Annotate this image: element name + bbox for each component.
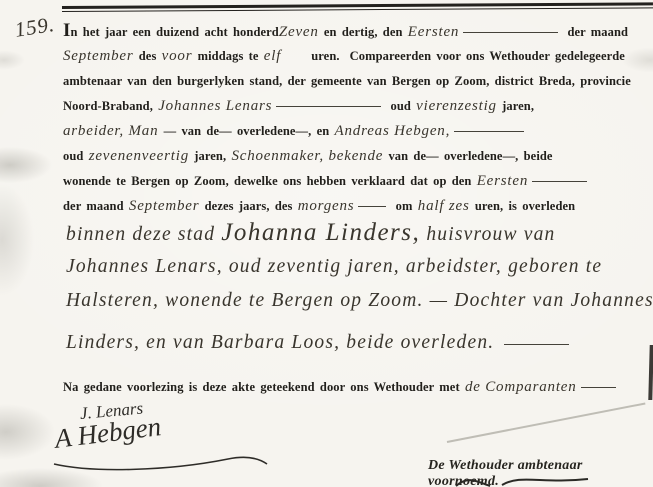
- text-line: September des voor middags te elfuren.Co…: [63, 43, 651, 68]
- text-line: Linders, en van Barbara Loos, beide over…: [66, 326, 652, 360]
- page-edge-mark: [648, 345, 653, 400]
- handwritten-text: morgens: [298, 198, 355, 214]
- blank-space: [340, 59, 350, 60]
- scanned-death-certificate: 159. In het jaar een duizend acht honder…: [0, 0, 653, 487]
- text-line: oud zevenenveertig jaren, Schoenmaker, b…: [63, 143, 651, 168]
- partial-signature-stroke: [450, 473, 595, 487]
- handwritten-text: Zeven: [279, 24, 319, 40]
- printed-text: uren.: [311, 49, 339, 63]
- printed-text: Na gedane voorlezing is deze akte geteek…: [63, 380, 465, 394]
- printed-text: der maand: [63, 199, 129, 213]
- printed-text: jaren,: [497, 99, 534, 113]
- handwritten-text: September: [129, 198, 200, 214]
- handwritten-dash: [463, 29, 558, 33]
- printed-text: der maand: [562, 25, 628, 39]
- handwritten-text: Eersten: [408, 24, 459, 40]
- text-line: der maand September dezes jaars, des mor…: [63, 193, 651, 218]
- text-line: Halsteren, wonende te Bergen op Zoom. — …: [66, 284, 652, 318]
- handwritten-dash: [581, 384, 616, 388]
- signature-flourish-stroke: [48, 450, 273, 474]
- printed-text: des: [134, 49, 162, 63]
- handwritten-text: arbeider, Man: [63, 123, 158, 139]
- blank-space: [281, 59, 311, 60]
- handwritten-text: Johannes Lenars, oud zeventig jaren, arb…: [66, 256, 602, 277]
- text-line: wonende te Bergen op Zoom, dewelke ons h…: [63, 168, 651, 193]
- printed-text: uren, is overleden: [470, 199, 576, 213]
- handwritten-text: Johannes Lenars: [158, 98, 272, 114]
- text-line: Na gedane voorlezing is deze akte geteek…: [63, 376, 620, 398]
- printed-text: In het jaar een duizend acht honderd: [63, 18, 279, 45]
- handwritten-text: half zes: [418, 198, 470, 214]
- handwritten-text: Linders, en van Barbara Loos, beide over…: [66, 332, 500, 353]
- handwritten-text: voor: [162, 48, 193, 64]
- handwritten-dash: [276, 103, 381, 107]
- deceased-entry-handwritten: binnen deze stad Johanna Linders, huisvr…: [66, 216, 652, 360]
- text-line: In het jaar een duizend acht honderd Zev…: [63, 18, 651, 43]
- text-line: Noord-Braband, Johannes Lenars oud viere…: [63, 93, 651, 118]
- handwritten-text: Schoenmaker, bekende: [231, 148, 383, 164]
- handwritten-text: zevenenveertig: [89, 148, 189, 164]
- handwritten-text: elf: [264, 48, 281, 64]
- printed-text: — van de— overledene—, en: [158, 124, 334, 138]
- printed-text: dezes jaars, des: [199, 199, 297, 213]
- handwritten-text: Eersten: [477, 173, 528, 189]
- printed-text: wonende te Bergen op Zoom, dewelke ons h…: [63, 174, 477, 188]
- handwritten-text: Johanna Linders,: [221, 219, 420, 246]
- printed-text: en dertig, den: [319, 25, 408, 39]
- printed-text: ambtenaar van den burgerlyken stand, der…: [63, 74, 631, 88]
- printed-text: oud: [63, 149, 89, 163]
- registration-number: 159.: [13, 12, 56, 43]
- closing-statement: Na gedane voorlezing is deze akte geteek…: [63, 376, 620, 398]
- handwritten-dash: [532, 178, 587, 182]
- printed-text: om: [390, 199, 417, 213]
- printed-text: Compareerden voor ons Wethouder gedelege…: [350, 49, 625, 63]
- top-double-rule: [62, 2, 653, 12]
- handwritten-dash: [504, 341, 569, 345]
- handwritten-text: vierenzestig: [416, 98, 497, 114]
- handwritten-text: huisvrouw van: [420, 224, 555, 245]
- signature-a-hebgen: A Hebgen: [53, 411, 163, 455]
- handwritten-dash: [358, 203, 386, 207]
- printed-text: van de— overledene—, beide: [383, 149, 552, 163]
- printed-text: oud: [385, 99, 416, 113]
- handwritten-text: Halsteren, wonende te Bergen op Zoom. — …: [66, 290, 653, 311]
- handwritten-dash: [454, 128, 524, 132]
- handwritten-text: Andreas Hebgen,: [335, 123, 451, 139]
- text-line: Johannes Lenars, oud zeventig jaren, arb…: [66, 250, 652, 284]
- printed-text: middags te: [192, 49, 263, 63]
- handwritten-text: binnen deze stad: [66, 224, 221, 245]
- act-printed-body: In het jaar een duizend acht honderd Zev…: [63, 18, 651, 218]
- text-line: binnen deze stad Johanna Linders, huisvr…: [66, 216, 652, 250]
- text-line: arbeider, Man — van de— overledene—, en …: [63, 118, 651, 143]
- printed-text: Noord-Braband,: [63, 99, 158, 113]
- stray-pen-stroke: [447, 402, 646, 443]
- printed-text: jaren,: [189, 149, 231, 163]
- handwritten-text: de Comparanten: [465, 379, 577, 395]
- text-line: ambtenaar van den burgerlyken stand, der…: [63, 68, 651, 93]
- handwritten-text: September: [63, 48, 134, 64]
